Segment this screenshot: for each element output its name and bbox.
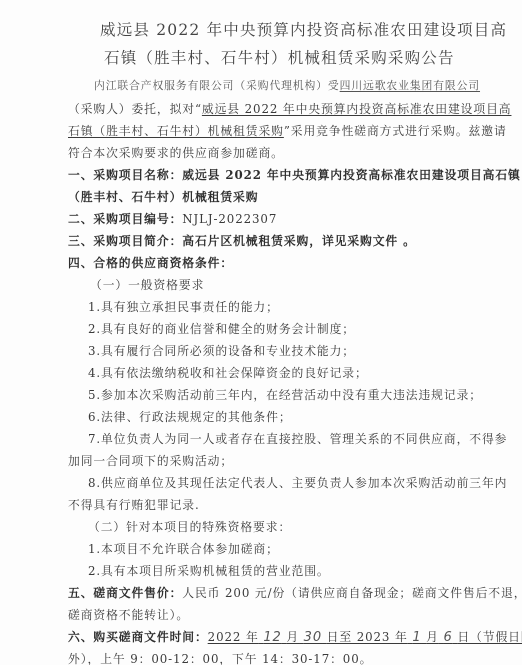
intro-line1: 内江联合产权服务有限公司（采购代理机构）受四川远歌农业集团有限公司 [94, 78, 480, 93]
section-6-cont: 外），上午 9：00-12：00，下午 14：30-17：00。 [68, 650, 372, 665]
general-item-1: 1.具有独立承担民事责任的能力； [88, 298, 279, 315]
special-requirements-heading: （二）针对本项目的特殊资格要求： [88, 518, 291, 535]
section-2-label: 二、采购项目编号： [68, 212, 182, 226]
general-requirements-heading: （一）一般资格要求 [90, 276, 204, 293]
section-6-label: 六、购买磋商文件时间： [68, 630, 208, 644]
general-item-8-cont: 不得具有行贿犯罪记录. [68, 496, 200, 513]
special-item-2: 2.具有本项目所采购机械租赁的营业范围。 [88, 562, 330, 579]
section-3-value: 高石片区机械租赁采购，详见采购文件 。 [182, 234, 416, 248]
intro-line4: 符合本次采购要求的供应商参加磋商。 [68, 144, 284, 161]
document-title-line1: 威远县 2022 年中央预算内投资高标准农田建设项目高 [100, 18, 440, 40]
intro-line3: 石镇（胜丰村、石牛村）机械租赁采购”采用竞争性磋商方式进行采购。兹邀请 [68, 122, 507, 139]
section-2: 二、采购项目编号：NJLJ-2022307 [68, 210, 277, 227]
intro-line2: （采购人）委托，拟对“威远县 2022 年中央预算内投资高标准农田建设项目高 [68, 100, 511, 117]
intro-text: ”采用竞争性磋商方式进行采购。兹邀请 [284, 124, 507, 138]
month-label: 月 [286, 630, 299, 644]
section-1-value: 威远县 2022 年中央预算内投资高标准农田建设项目高石镇 [182, 168, 520, 182]
project-name-underlined: 威远县 2022 年中央预算内投资高标准农田建设项目高 [202, 102, 512, 116]
general-item-5: 5.参加本次采购活动前三年内，在经营活动中没有重大违法违规记录； [88, 386, 482, 403]
project-number: NJLJ-2022307 [182, 212, 277, 226]
end-month-handwritten: 1 [412, 630, 421, 645]
intro-agency: 内江联合产权服务有限公司（采购代理机构）受 [94, 79, 340, 92]
general-item-4: 4.具有依法缴纳税收和社会保障资金的良好记录； [88, 364, 368, 381]
section-4-label: 四、合格的供应商资格条件： [68, 254, 233, 271]
document-price: 人民币 200 元/份（请供应商自备现金；磋商文件售后不退， [182, 586, 522, 600]
general-item-6: 6.法律、行政法规规定的其他条件； [88, 408, 292, 425]
section-6: 六、购买磋商文件时间：2022 年 12 月 30 日至 2023 年 1 月 … [68, 628, 522, 645]
intro-text: （采购人）委托，拟对“ [68, 102, 202, 116]
general-item-3: 3.具有履行合同所必须的设备和专业技术能力； [88, 342, 355, 359]
start-year: 2022 年 [208, 630, 259, 644]
end-day-handwritten: 6 [444, 630, 453, 645]
start-month-handwritten: 12 [263, 630, 281, 645]
project-name-underlined-cont: 石镇（胜丰村、石牛村）机械租赁采购 [68, 124, 284, 138]
general-item-2: 2.具有良好的商业信誉和健全的财务会计制度； [88, 320, 355, 337]
section-3: 三、采购项目简介：高石片区机械租赁采购，详见采购文件 。 [68, 232, 416, 249]
general-item-7-cont: 加同一合同项下的采购活动； [68, 452, 233, 469]
purchaser-name: 四川远歌农业集团有限公司 [340, 79, 480, 92]
general-item-7: 7.单位负责人为同一人或者存在直接控股、管理关系的不同供应商，不得参 [88, 430, 507, 447]
purchase-time-range: 2022 年 12 月 30 日至 2023 年 1 月 6 日（节假日除 [208, 630, 522, 644]
section-1-label: 一、采购项目名称： [68, 168, 182, 182]
special-item-1: 1.本项目不允许联合体参加磋商； [88, 540, 279, 557]
document-page: 威远县 2022 年中央预算内投资高标准农田建设项目高 石镇（胜丰村、石牛村）机… [0, 0, 522, 665]
section-5-label: 五、磋商文件售价： [68, 586, 182, 600]
holiday-note: 日（节假日除 [457, 630, 522, 644]
start-day-handwritten: 30 [304, 630, 322, 645]
section-5-cont: 磋商资格不能转让）。 [68, 606, 189, 623]
end-year: 日至 2023 年 [327, 630, 408, 644]
section-5: 五、磋商文件售价：人民币 200 元/份（请供应商自备现金；磋商文件售后不退， [68, 584, 522, 601]
section-3-label: 三、采购项目简介： [68, 234, 182, 248]
document-title-line2: 石镇（胜丰村、石牛村）机械租赁采购采购公告 [104, 46, 444, 68]
month-label: 月 [426, 630, 439, 644]
section-1-cont: （胜丰村、石牛村）机械租赁采购 [68, 188, 258, 205]
section-1: 一、采购项目名称：威远县 2022 年中央预算内投资高标准农田建设项目高石镇 [68, 166, 521, 183]
general-item-8: 8.供应商单位及其现任法定代表人、主要负责人参加本次采购活动前三年内 [88, 474, 507, 491]
